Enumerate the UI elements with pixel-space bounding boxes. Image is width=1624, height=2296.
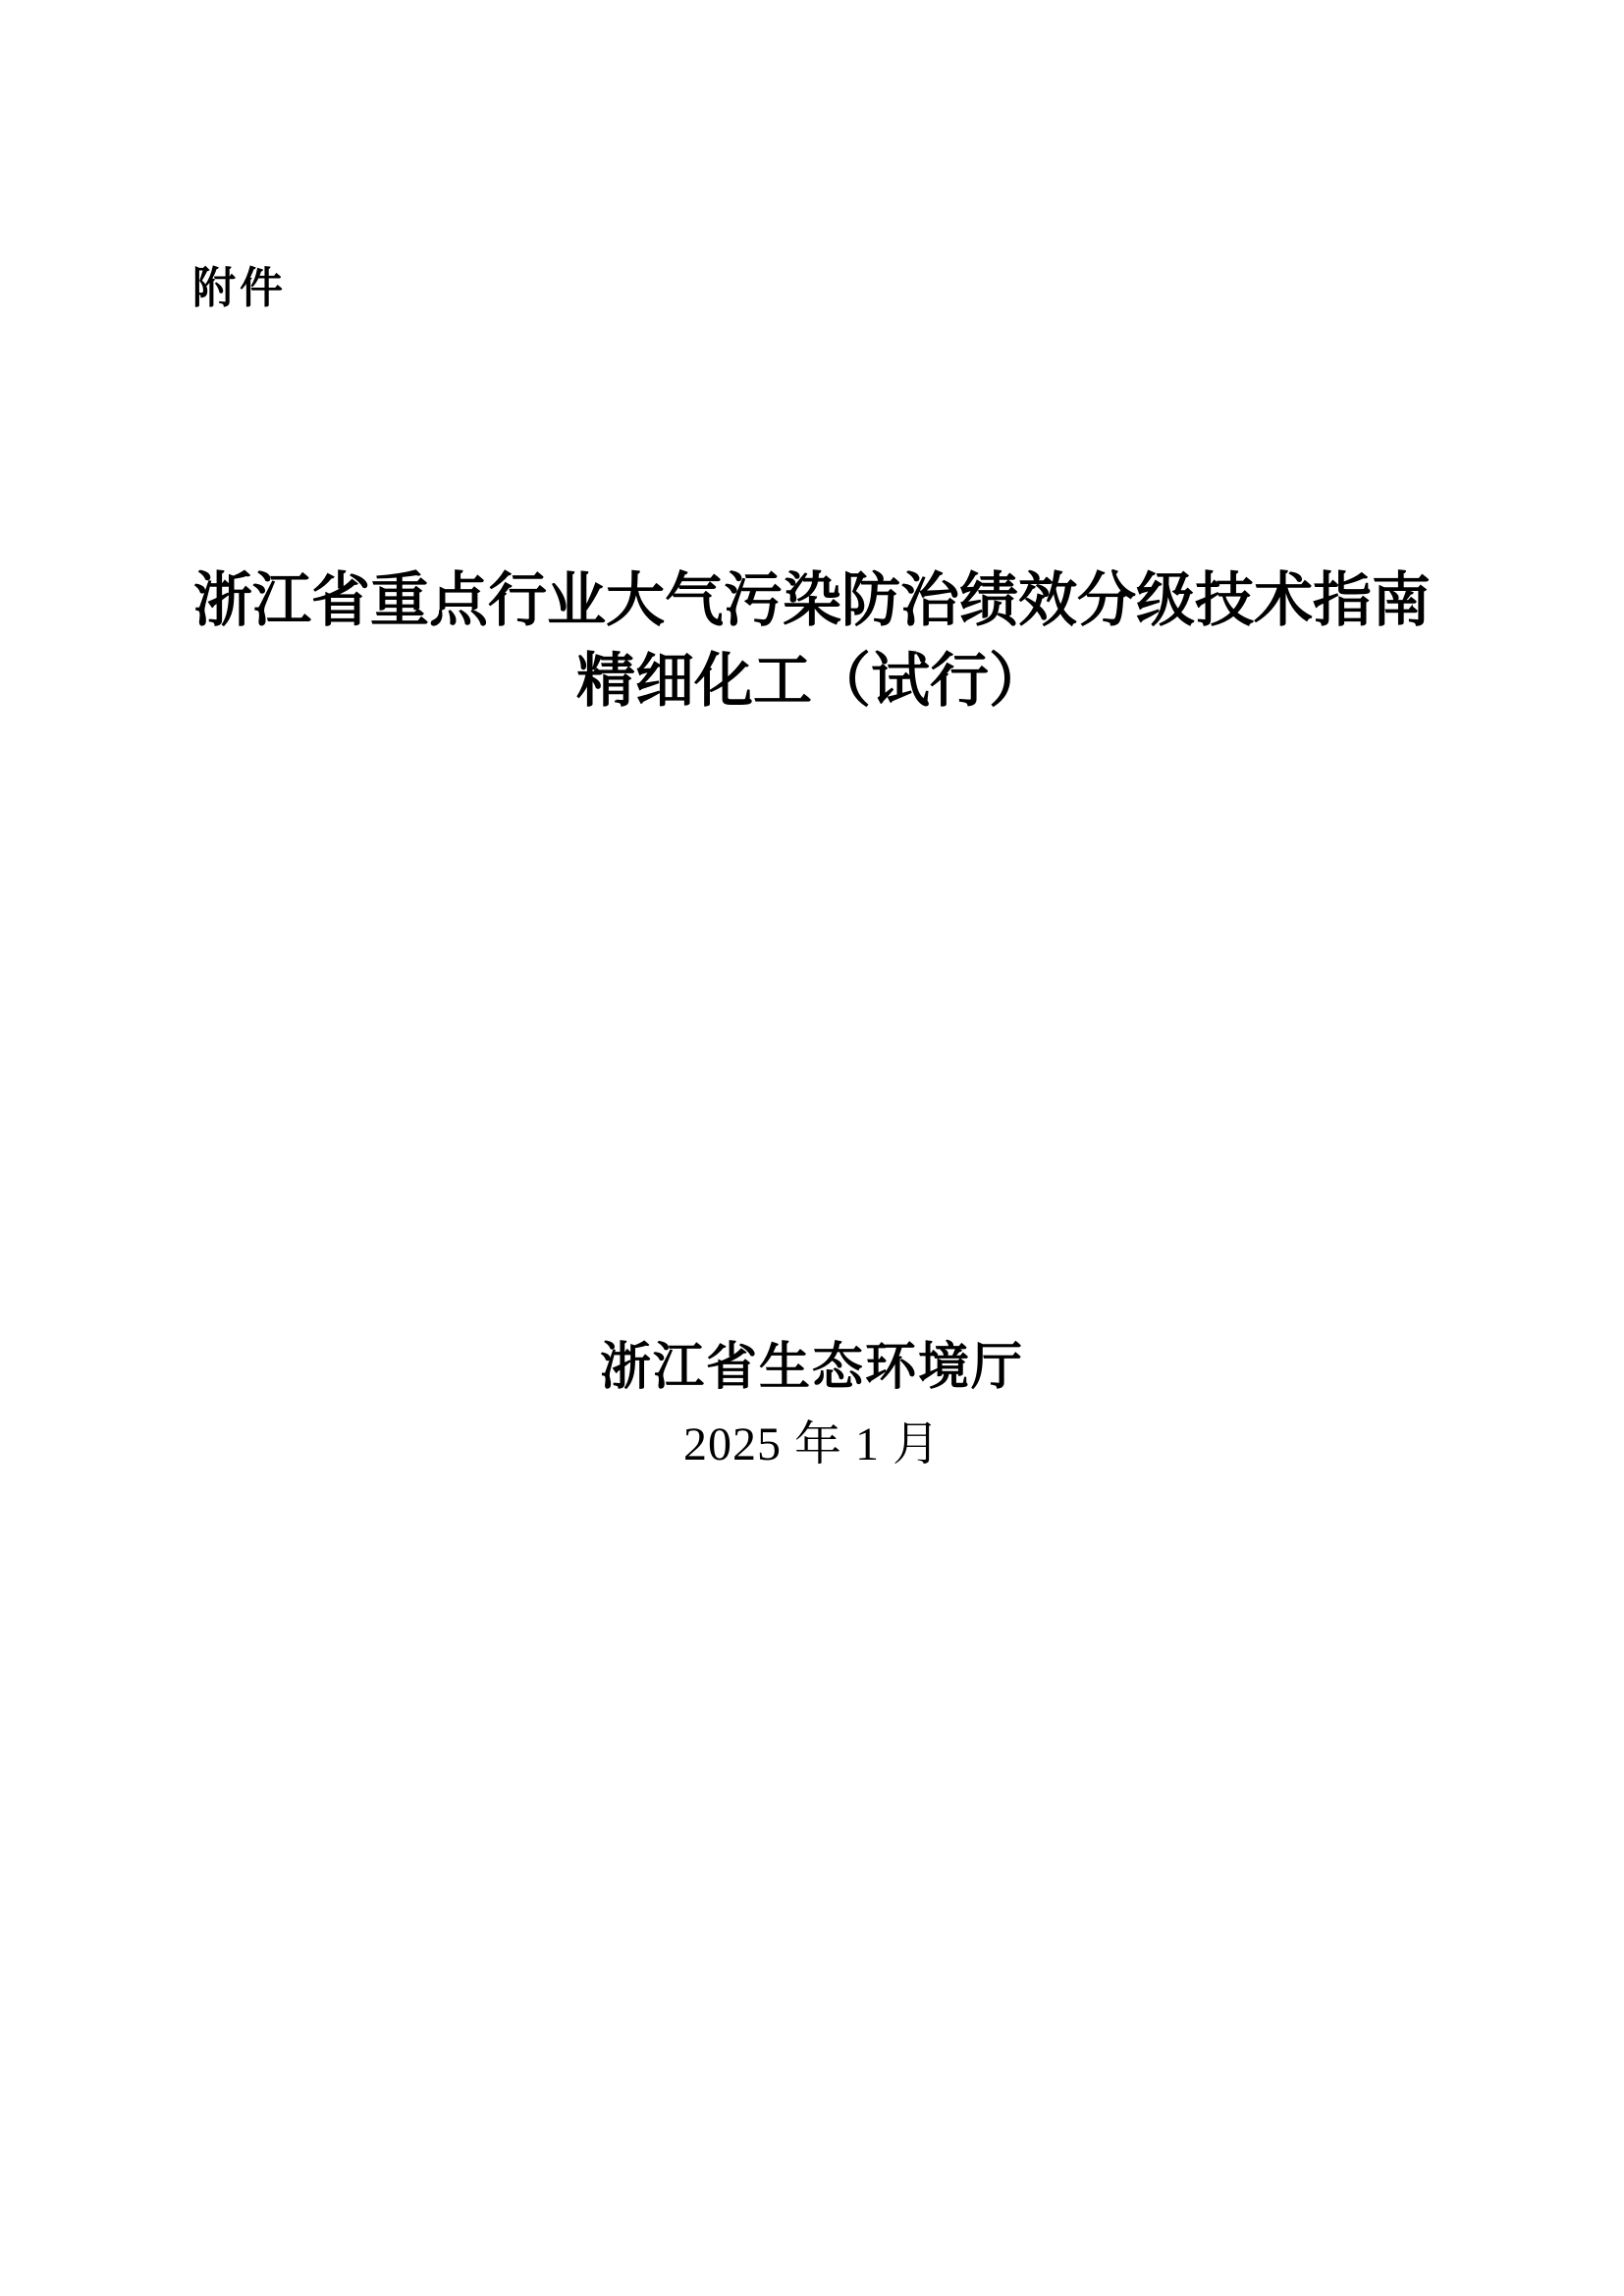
document-title-line1: 浙江省重点行业大气污染防治绩效分级技术指南	[0, 571, 1624, 630]
attachment-label: 附件	[192, 265, 287, 312]
document-cover-page: 附件 浙江省重点行业大气污染防治绩效分级技术指南 精细化工（试行） 浙江省生态环…	[0, 0, 1624, 2296]
document-title: 浙江省重点行业大气污染防治绩效分级技术指南 精细化工（试行）	[0, 571, 1624, 711]
publisher-name: 浙江省生态环境厅	[0, 1343, 1624, 1394]
document-title-line2: 精细化工（试行）	[0, 652, 1624, 711]
publisher-block: 浙江省生态环境厅	[0, 1343, 1624, 1394]
publish-date: 2025 年 1 月	[0, 1421, 1624, 1468]
